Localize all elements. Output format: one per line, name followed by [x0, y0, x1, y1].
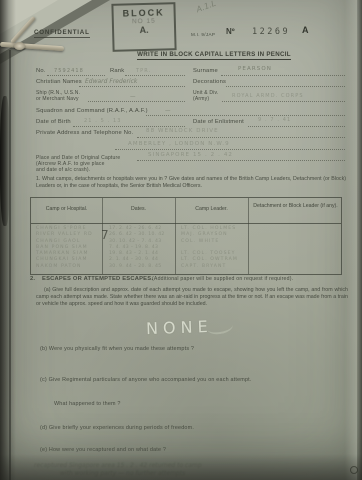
section-2-note: (Additional paper will be supplied on re…	[152, 276, 293, 282]
photo-right-edge	[357, 0, 362, 480]
table-header-rule	[31, 223, 341, 224]
photo-left-edge	[0, 0, 16, 480]
surname-field-value: PEARSON	[238, 66, 272, 72]
question-2c: (c) Give Regimental particulars of anyon…	[40, 377, 252, 383]
rank-field-value: TPR.	[136, 68, 151, 74]
unit-line	[222, 101, 345, 102]
ship-line	[88, 101, 185, 102]
none-answer: NONE	[146, 317, 213, 338]
form-title-text: WRITE IN BLOCK CAPITAL LETTERS IN PENCIL	[137, 51, 291, 60]
leader-entry: CAPT. BRYANT	[181, 264, 238, 270]
unit-value: ROYAL ARMD. CORPS	[232, 93, 304, 99]
block-stamp-letter: A.	[114, 24, 174, 36]
pencil-seven: 7	[101, 228, 109, 242]
surname-field-label: Surname	[193, 68, 218, 74]
christian-names-value: Edward Frederick	[85, 78, 137, 85]
serial-number: 12269	[252, 27, 290, 37]
squadron-label: Squadron and Command (R.A.F., A.A.F.)	[36, 108, 148, 114]
address-line-1	[137, 137, 345, 138]
enlistment-line	[248, 126, 345, 127]
no-field-label: No.	[36, 68, 46, 74]
form-title: WRITE IN BLOCK CAPITAL LETTERS IN PENCIL	[98, 51, 330, 58]
no-field-line	[47, 75, 105, 76]
capture-label-line3: and date of a/c crash).	[36, 167, 90, 173]
confidential-label: CONFIDENTIAL	[34, 29, 90, 38]
unit-label-line2: (Army)	[193, 96, 209, 102]
twine-knot	[14, 42, 25, 50]
series-letter: A	[302, 25, 309, 35]
rank-field-line	[125, 75, 185, 76]
address-value-1: 88 WENLOCK DRIVE	[146, 128, 219, 134]
question-2c-followup: What happened to them ?	[54, 401, 121, 407]
ship-value: —	[130, 94, 136, 100]
surname-field-line	[221, 75, 345, 76]
dob-value: 21 . 5 . 13	[84, 118, 122, 124]
document-photo: CONFIDENTIAL BLOCK NO 15 A. A.1.L M.I. 9…	[0, 0, 362, 480]
christian-names-line	[79, 86, 185, 87]
question-2d: (d) Give briefly your experiences during…	[40, 425, 194, 431]
ship-label-line2: or Merchant Navy	[36, 96, 79, 102]
rank-field-label: Rank	[110, 68, 124, 74]
form-reference: M.I. 9/JAP	[191, 32, 215, 37]
page-edge-highlight	[345, 0, 357, 480]
capture-line	[137, 160, 345, 161]
decorations-label: Decorations	[193, 79, 226, 85]
page-edge-line	[9, 50, 11, 480]
camps-table: Camp or Hospital. Dates. Camp Leader. De…	[30, 197, 342, 275]
decorations-line	[226, 86, 345, 87]
col-header-camp: Camp or Hospital.	[33, 206, 100, 213]
capture-value: SINGAPORE 15 . 2 . 42	[148, 152, 233, 158]
question-2a: (a) Give full description and approx. da…	[36, 287, 348, 308]
address-label: Private Address and Telephone No.	[36, 130, 133, 136]
camp-entry: NAKOM PATON	[36, 264, 93, 270]
serial-no-label: Nº	[226, 27, 235, 36]
address-value-2: AMBERLEY , LONDON N.W.9	[128, 141, 230, 147]
leader-column-entries: LT. COL. HOLMES MAJ. GRAYSON COL. WHITE …	[181, 226, 238, 270]
col-header-detachment: Detachment or Block Leader (if any).	[252, 203, 339, 210]
table-divider-3	[248, 198, 249, 274]
section-2-heading: ESCAPES OR ATTEMPTED ESCAPES.	[42, 276, 153, 282]
dob-label: Date of Birth	[36, 119, 71, 125]
col-header-dates: Dates.	[104, 206, 173, 213]
squadron-value: —	[165, 108, 171, 114]
camp-column-entries: CHANGI S'PORE RIVER VALLEY RD CHANGI GAO…	[36, 226, 93, 270]
enlistment-label: Date of Enlistment	[193, 119, 244, 125]
dates-entry: 30. 9. 44 – 20. 8. 45	[109, 264, 165, 270]
section-2-number: 2.	[30, 276, 35, 282]
dob-line	[73, 126, 185, 127]
christian-names-label: Christian Names	[36, 79, 82, 85]
squadron-line	[146, 115, 345, 116]
col-header-leader: Camp Leader.	[177, 206, 246, 213]
photo-bottom-shadow	[0, 454, 362, 480]
question-2e: (e) How were you recaptured and on what …	[40, 447, 166, 453]
address-line-2	[115, 149, 345, 150]
enlistment-value: 9 . 7 . 41	[258, 117, 291, 123]
question-2b: (b) Were you physically fit when you mad…	[40, 346, 194, 352]
photo-blemish	[350, 466, 358, 474]
question-1: 1. What camps, detachments or hospitals …	[36, 176, 346, 190]
block-stamp: BLOCK NO 15 A.	[111, 2, 176, 52]
no-field-value: 7592418	[54, 68, 84, 74]
dates-column-entries: 17. 2. 42 – 26. 6. 42 26. 6. 42 – 30. 10…	[109, 226, 165, 270]
table-divider-2	[175, 198, 176, 274]
